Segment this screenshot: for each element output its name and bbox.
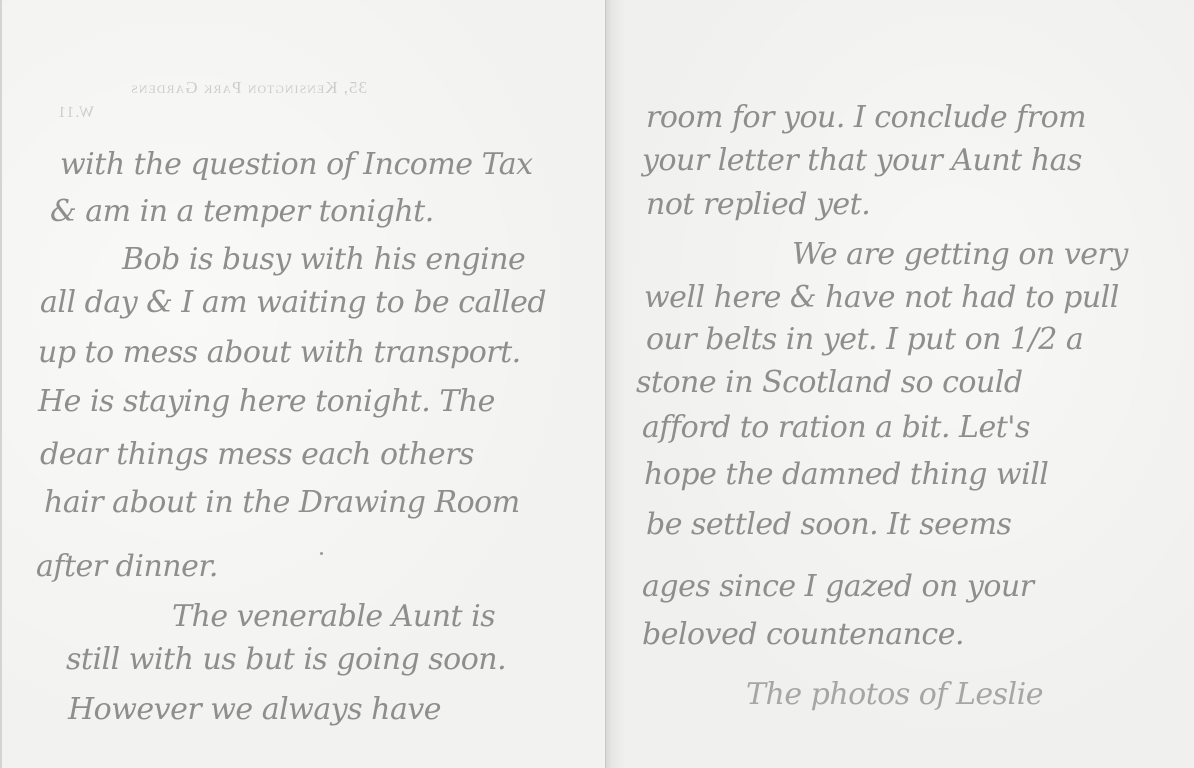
ink-speck [320,552,323,555]
left-line-2: & am in a temper tonight. [50,197,434,227]
left-line-9: after dinner. [36,552,218,582]
left-line-5: up to mess about with transport. [38,338,521,368]
right-line-4: We are getting on very [792,240,1128,270]
left-line-10: The venerable Aunt is [172,602,495,632]
left-line-4: all day & I am waiting to be called [40,288,546,318]
left-line-8: hair about in the Drawing Room [44,488,520,518]
left-line-1: with the question of Income Tax [60,150,533,180]
right-line-8: afford to ration a bit. Let's [642,413,1030,443]
right-line-3: not replied yet. [646,190,870,220]
right-line-1: room for you. I conclude from [646,103,1086,133]
left-line-12: However we always have [68,695,441,725]
right-line-13: The photos of Leslie [746,680,1043,710]
right-line-9: hope the damned thing will [644,460,1048,490]
letterhead-address: 35, Kensington Park Gardens [57,78,367,98]
right-line-10: be settled soon. It seems [646,510,1011,540]
right-page: room for you. I conclude from your lette… [606,0,1194,768]
right-line-6: our belts in yet. I put on 1/2 a [646,325,1083,355]
left-line-6: He is staying here tonight. The [38,387,495,417]
left-line-3: Bob is busy with his engine [122,245,525,275]
right-line-12: beloved countenance. [642,620,964,650]
left-line-7: dear things mess each others [40,440,474,470]
right-line-7: stone in Scotland so could [636,368,1023,398]
right-line-11: ages since I gazed on your [642,572,1034,602]
right-line-2: your letter that your Aunt has [642,146,1082,176]
left-page: 35, Kensington Park Gardens W.11 with th… [0,0,606,768]
letterhead-district: W.11 [57,104,367,122]
left-line-11: still with us but is going soon. [66,645,506,675]
letter-spread: 35, Kensington Park Gardens W.11 with th… [0,0,1194,768]
right-line-5: well here & have not had to pull [644,283,1119,313]
